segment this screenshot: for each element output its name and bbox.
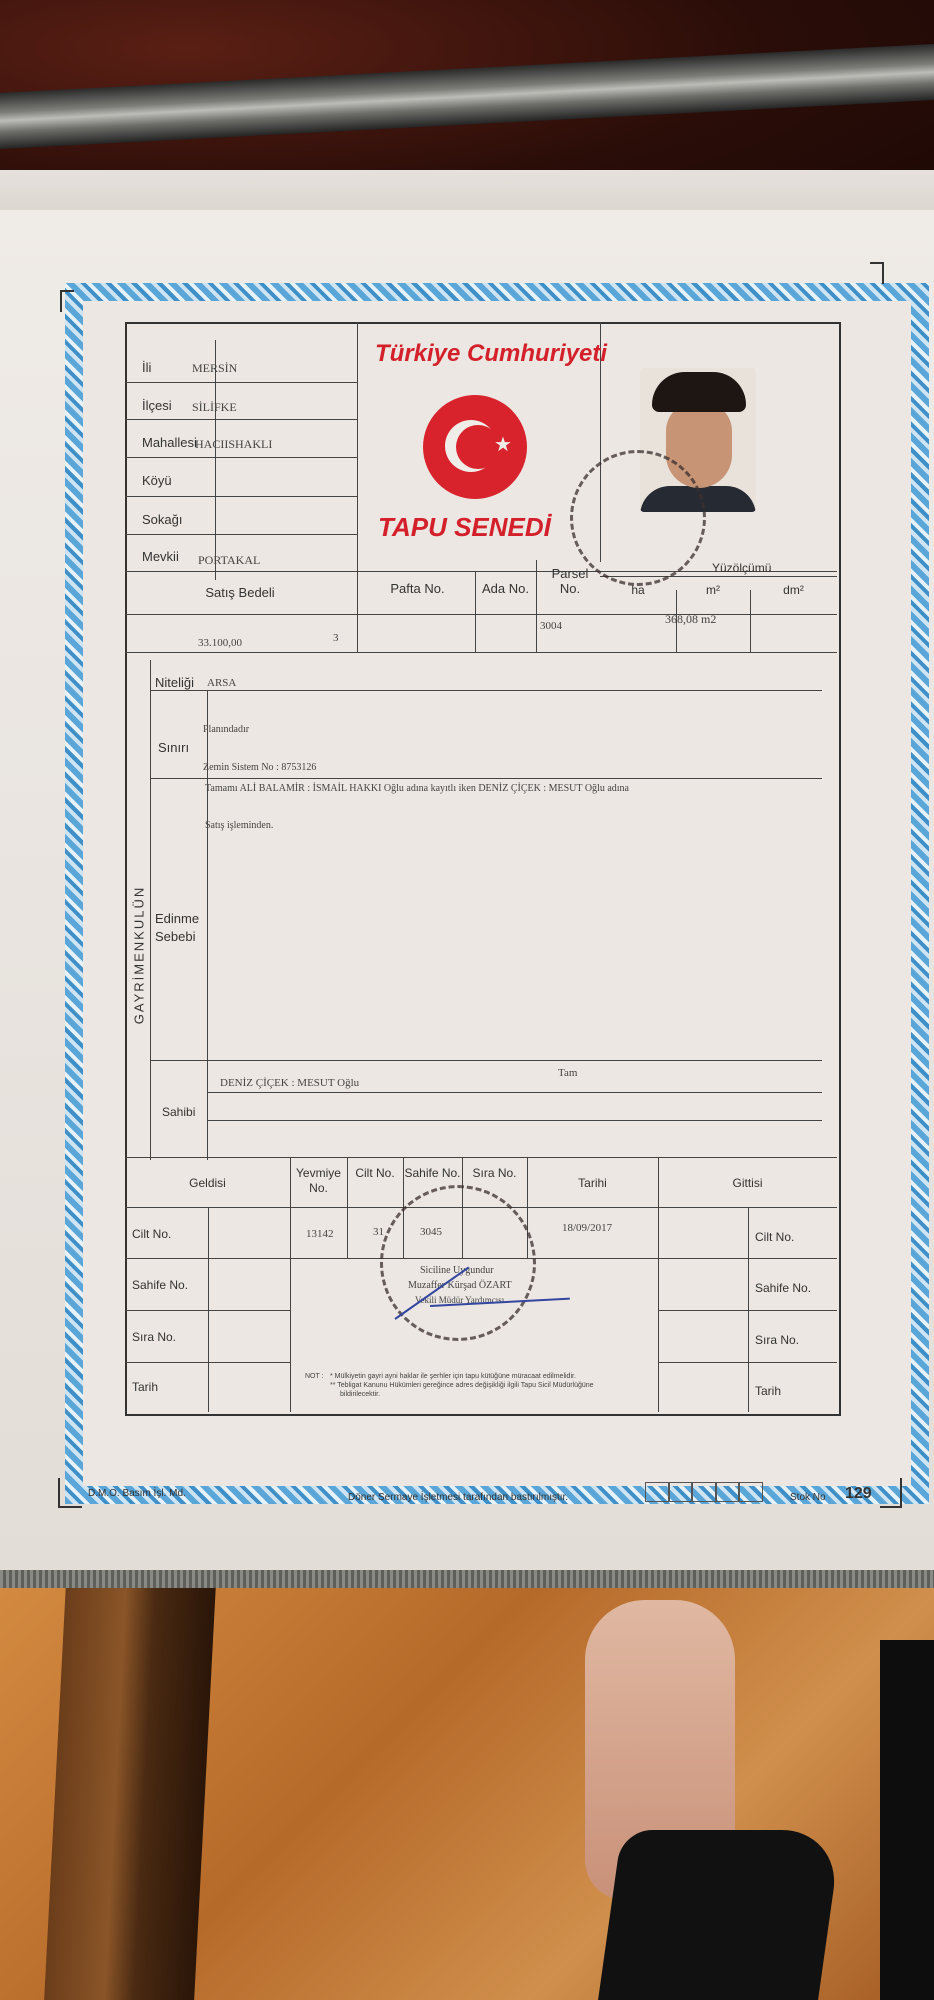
label-il: İli [142, 360, 151, 375]
geldisi-row-cilt: Cilt No. [132, 1227, 171, 1241]
divider [150, 1060, 822, 1061]
value-sahibi: DENİZ ÇİÇEK : MESUT Oğlu [220, 1077, 359, 1089]
value-satis-bedeli: 33.100,00 [198, 637, 242, 649]
geldisi-row-sira: Sıra No. [132, 1330, 176, 1344]
divider [150, 660, 151, 1160]
geldisi-row-tarih: Tarih [132, 1380, 158, 1394]
divider [125, 457, 357, 458]
divider [125, 419, 357, 420]
note-line-1: * Mülkiyetin gayri ayni haklar ile şerhl… [330, 1372, 576, 1381]
dark-clothing [598, 1830, 842, 2000]
corner-mark [58, 1478, 82, 1508]
value-tarih: 18/09/2017 [562, 1222, 612, 1234]
footer-printer: D.M.O. Basım İşl. Md. [88, 1488, 186, 1499]
header-cilt: Cilt No. [347, 1166, 403, 1181]
note-label: NOT : [305, 1372, 324, 1381]
value-nitelik: ARSA [207, 677, 236, 689]
note-line-2: ** Tebligat Kanunu Hükümleri gereğince a… [330, 1381, 594, 1390]
divider [207, 1092, 822, 1093]
value-edinme-2: Satış işleminden. [205, 820, 273, 831]
label-koy: Köyü [142, 473, 172, 488]
divider [125, 614, 837, 615]
header-dm2: dm² [750, 583, 837, 597]
value-mahalle: HACIISHAKLI [195, 437, 272, 452]
header-pafta: Pafta No. [360, 581, 475, 596]
header-yevmiye: Yevmiye No. [290, 1166, 347, 1196]
divider [125, 652, 837, 653]
value-yuzolcumu: 368,08 m2 [665, 612, 716, 627]
gittisi-row-sira: Sıra No. [755, 1333, 799, 1347]
corner-mark [880, 1478, 902, 1508]
footer-stok-value: 129 [845, 1485, 872, 1503]
header-gittisi: Gittisi [658, 1176, 837, 1190]
divider [125, 534, 357, 535]
label-nitelik: Niteliği [155, 675, 194, 690]
header-sahife: Sahife No. [403, 1166, 462, 1181]
document-title: TAPU SENEDİ [378, 512, 551, 543]
divider [207, 690, 208, 1160]
value-edinme-1: Tamamı ALİ BALAMİR : İSMAİL HAKKI Oğlu a… [205, 783, 629, 794]
divider [658, 1157, 659, 1412]
star-icon: ★ [494, 435, 512, 455]
value-sinir-2: Zemin Sistem No : 8753126 [203, 762, 316, 773]
label-sokak: Sokağı [142, 512, 182, 527]
gittisi-row-tarih: Tarih [755, 1384, 781, 1398]
value-cilt: 31 [373, 1226, 384, 1238]
divider [536, 560, 537, 652]
value-sinir-1: Planındadır [203, 724, 249, 735]
footer-printed-by: Döner Sermaye İşletmesi tarafından bastı… [348, 1492, 568, 1503]
photo-hair [652, 372, 746, 412]
header-yuzolcumu: Yüzölçümü [712, 561, 771, 575]
registry-stamp [380, 1185, 536, 1341]
stamp-text-2: Muzaffer Kürşad ÖZART [408, 1280, 512, 1291]
value-satis-bedeli-extra: 3 [333, 632, 339, 644]
header-parsel: Parsel No. [540, 566, 600, 596]
serial-boxes [645, 1482, 763, 1502]
header-satis-bedeli: Satış Bedeli [140, 585, 340, 600]
binder-sleeve-edge [0, 1570, 934, 1588]
divider [125, 382, 357, 383]
divider [150, 778, 822, 779]
header-m2: m² [676, 583, 750, 597]
divider [150, 690, 822, 691]
divider [748, 1207, 749, 1412]
label-ilce: İlçesi [142, 398, 172, 413]
label-sinir: Sınırı [158, 740, 189, 755]
value-parsel: 3004 [540, 620, 562, 632]
wooden-table-leg [44, 1585, 216, 2000]
value-hisse: Tam [558, 1067, 577, 1079]
label-sahibi: Sahibi [162, 1105, 195, 1119]
label-mahalle: Mahallesi [142, 435, 197, 450]
header-geldisi: Geldisi [125, 1176, 290, 1190]
corner-mark [60, 290, 74, 312]
country-title: Türkiye Cumhuriyeti [375, 340, 607, 368]
label-mevki: Mevkii [142, 549, 179, 564]
gittisi-row-sahife: Sahife No. [755, 1281, 811, 1295]
gittisi-row-cilt: Cilt No. [755, 1230, 794, 1244]
value-il: MERSİN [192, 361, 237, 376]
corner-mark [870, 262, 884, 284]
divider [125, 1157, 837, 1158]
section-label-gayrimenkul: GAYRİMENKULÜN [128, 830, 150, 1080]
footer-stok-label: Stok No [790, 1492, 826, 1503]
divider [207, 1120, 822, 1121]
divider [208, 1207, 209, 1412]
value-ilce: SİLİFKE [192, 400, 237, 415]
divider [750, 590, 751, 652]
header-sira: Sıra No. [462, 1166, 527, 1181]
divider [125, 496, 357, 497]
divider [357, 322, 358, 652]
label-edinme: Edinme Sebebi [155, 910, 205, 946]
note-line-3: bildirilecektir. [340, 1390, 380, 1399]
value-yevmiye: 13142 [306, 1228, 334, 1240]
divider [215, 340, 216, 580]
dark-clothing-edge [880, 1640, 934, 2000]
header-ha: ha [600, 583, 676, 597]
header-tarihi: Tarihi [527, 1176, 658, 1190]
value-mevki: PORTAKAL [198, 553, 260, 568]
geldisi-row-sahife: Sahife No. [132, 1278, 188, 1292]
header-ada: Ada No. [475, 581, 536, 596]
